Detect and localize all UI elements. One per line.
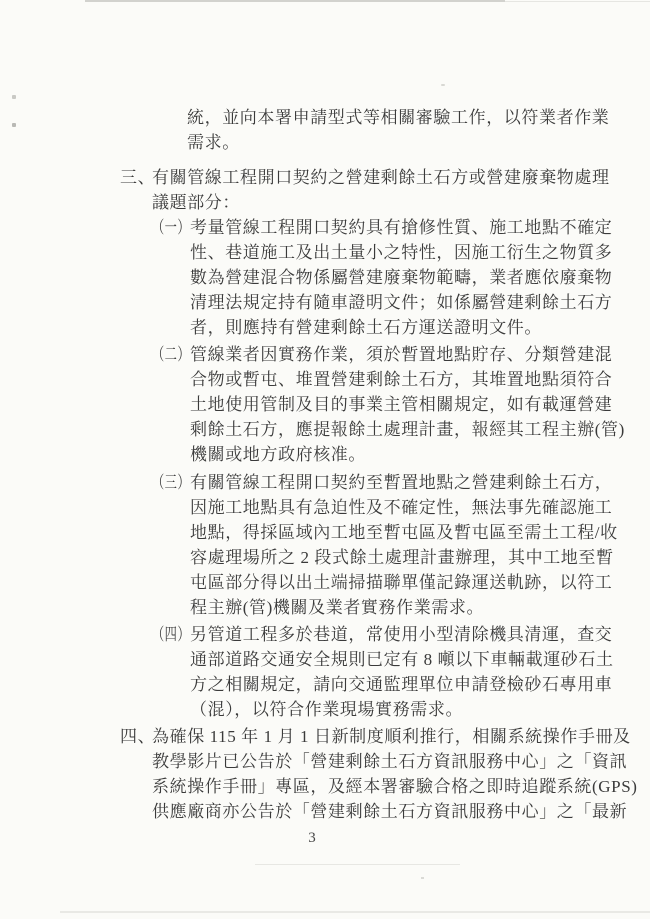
text-line: 者，則應持有營建剩餘土石方運送證明文件。 bbox=[190, 315, 620, 340]
scan-speck bbox=[12, 123, 16, 127]
text-line: 為確保 115 年 1 月 1 日新制度順利推行，相關系統操作手冊及 bbox=[152, 724, 620, 749]
text-line: 因施工地點具有急迫性及不確定性，無法事先確認施工 bbox=[190, 495, 620, 520]
list-item-1: （一） 考量管線工程開口契約具有搶修性質、施工地點不確定 性、巷道施工及出土量小… bbox=[152, 215, 620, 340]
list-item-4: （四） 另管道工程多於巷道，常使用小型清除機具清運，查交 通部道路交通安全規則已… bbox=[152, 622, 620, 722]
text-line: 地點，得採區域內工地至暫屯區及暫屯區至需土工程/收 bbox=[190, 520, 620, 545]
text-line: 剩餘土石方，應提報餘土處理計畫，報經其工程主辦(管) bbox=[190, 417, 620, 442]
text-line: 考量管線工程開口契約具有搶修性質、施工地點不確定 bbox=[190, 215, 620, 240]
section-4: 四、 為確保 115 年 1 月 1 日新制度順利推行，相關系統操作手冊及 教學… bbox=[120, 724, 620, 824]
scan-edge-line bbox=[60, 911, 650, 913]
text-line: 供應廠商亦公告於「營建剩餘土石方資訊服務中心」之「最新 bbox=[152, 799, 620, 824]
document-body: 統，並向本署申請型式等相關審驗工作，以符業者作業 需求。 三、 有關管線工程開口… bbox=[120, 105, 620, 824]
list-item-3: （三） 有關管線工程開口契約至暫置地點之營建剩餘土石方， 因施工地點具有急迫性及… bbox=[152, 470, 620, 620]
text-line: 程主辦(管)機關及業者實務作業需求。 bbox=[190, 595, 620, 620]
item-marker: （一） bbox=[152, 215, 190, 240]
text-line: 系統操作手冊」專區，及經本署審驗合格之即時追蹤系統(GPS) bbox=[152, 774, 620, 799]
scan-speck bbox=[12, 95, 16, 99]
text-line: 管線業者因實務作業，須於暫置地點貯存、分類營建混 bbox=[190, 342, 620, 367]
scan-edge-line bbox=[505, 1, 650, 2]
text-line: 統，並向本署申請型式等相關審驗工作，以符業者作業 bbox=[187, 105, 620, 130]
text-line: 需求。 bbox=[187, 130, 620, 155]
section-3: 三、 有關管線工程開口契約之營建剩餘土石方或營建廢棄物處理 議題部分： （一） … bbox=[120, 165, 620, 722]
text-line: 性、巷道施工及出土量小之特性，因施工衍生之物質多 bbox=[190, 240, 620, 265]
text-line: 方之相關規定，請向交通監理單位申請登檢砂石專用車 bbox=[190, 672, 620, 697]
section-marker: 四、 bbox=[120, 724, 155, 749]
text-line: 容處理場所之 2 段式餘土處理計畫辦理，其中工地至暫 bbox=[190, 545, 620, 570]
text-line: 土地使用管制及目的事業主管相關規定，如有載運營建 bbox=[190, 392, 620, 417]
list-item-2: （二） 管線業者因實務作業，須於暫置地點貯存、分類營建混 合物或暫屯、堆置營建剩… bbox=[152, 342, 620, 467]
text-line: 通部道路交通安全規則已定有 8 噸以下車輛載運砂石土 bbox=[190, 647, 620, 672]
scan-edge-line bbox=[85, 0, 505, 2]
text-line: 有關管線工程開口契約之營建剩餘土石方或營建廢棄物處理 bbox=[152, 165, 620, 190]
text-line: 清理法規定持有隨車證明文件；如係屬營建剩餘土石方 bbox=[190, 290, 620, 315]
text-line: 有關管線工程開口契約至暫置地點之營建剩餘土石方， bbox=[190, 470, 620, 495]
item-marker: （三） bbox=[152, 470, 190, 495]
scan-speck bbox=[421, 877, 424, 879]
scan-faint-line bbox=[255, 864, 460, 865]
item-marker: （四） bbox=[152, 622, 190, 647]
text-line: 數為營建混合物係屬營建廢棄物範疇，業者應依廢棄物 bbox=[190, 265, 620, 290]
text-line: 機關或地方政府核准。 bbox=[190, 442, 620, 467]
document-page: 統，並向本署申請型式等相關審驗工作，以符業者作業 需求。 三、 有關管線工程開口… bbox=[0, 0, 650, 919]
section-marker: 三、 bbox=[120, 165, 155, 190]
page-number: 3 bbox=[0, 830, 624, 847]
scan-speck bbox=[441, 84, 445, 86]
item-marker: （二） bbox=[152, 342, 190, 367]
text-line: （混），以符合作業現場實務需求。 bbox=[190, 697, 620, 722]
text-line: 另管道工程多於巷道，常使用小型清除機具清運，查交 bbox=[190, 622, 620, 647]
text-line: 議題部分： bbox=[152, 190, 620, 215]
carryover-paragraph: 統，並向本署申請型式等相關審驗工作，以符業者作業 需求。 bbox=[120, 105, 620, 155]
text-line: 教學影片已公告於「營建剩餘土石方資訊服務中心」之「資訊 bbox=[152, 749, 620, 774]
text-line: 合物或暫屯、堆置營建剩餘土石方，其堆置地點須符合 bbox=[190, 367, 620, 392]
text-line: 屯區部分得以出土端掃描聯單僅記錄運送軌跡，以符工 bbox=[190, 570, 620, 595]
